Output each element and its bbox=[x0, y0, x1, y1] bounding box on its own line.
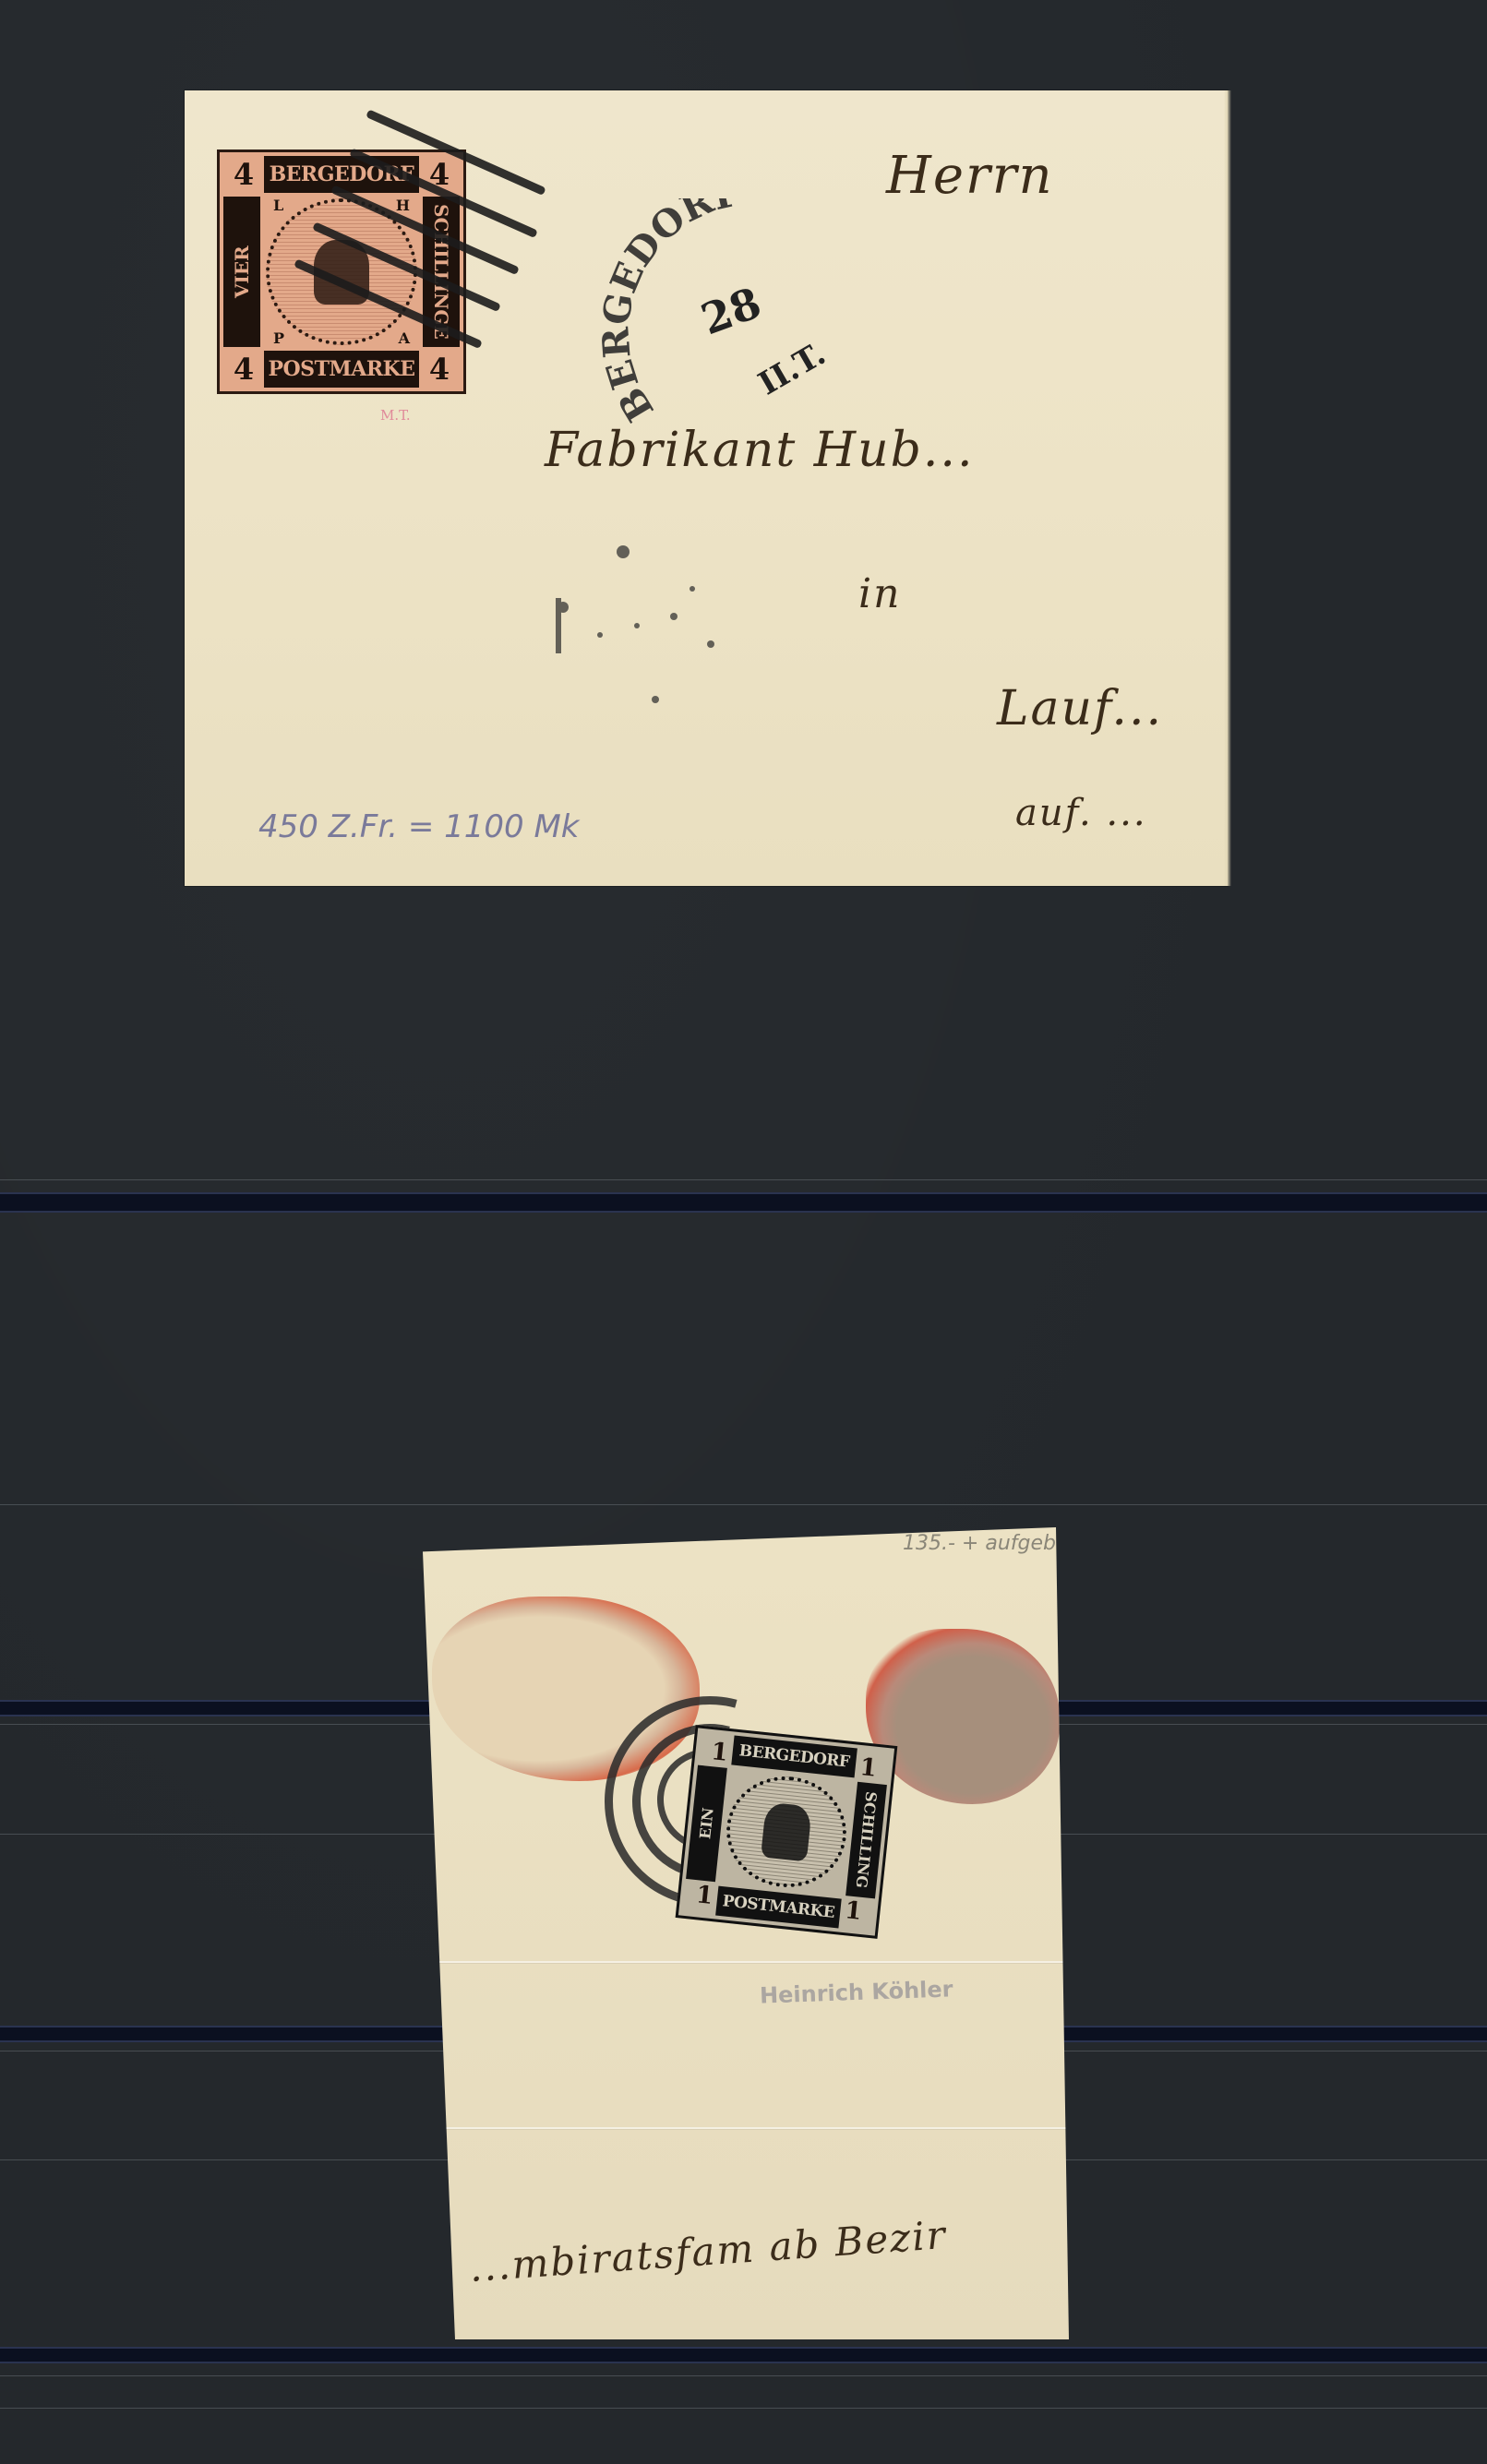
stamp-value: 4 bbox=[421, 351, 458, 388]
stamp-letter: A bbox=[399, 329, 410, 347]
cover-fragment: 135.- + aufgeb. Heinrich Köhler ...mbira… bbox=[423, 1527, 1069, 2339]
address-line-3: in bbox=[858, 570, 901, 617]
stamp-bottom-text: POSTMARKE bbox=[715, 1886, 842, 1929]
address-line-5: auf. ... bbox=[1015, 792, 1147, 834]
smudged-cancel bbox=[545, 533, 766, 718]
strip-band bbox=[0, 2347, 1487, 2363]
strip-edge bbox=[0, 1504, 1487, 1505]
address-line-4: Lauf... bbox=[997, 681, 1163, 736]
paper-fold bbox=[423, 2127, 1069, 2129]
castle-eagle-emblem-icon bbox=[761, 1802, 812, 1862]
strip-edge bbox=[0, 1179, 1487, 1180]
pencil-price-note: 135.- + aufgeb. bbox=[903, 1532, 1062, 1555]
stamp-letter: L bbox=[273, 197, 283, 214]
expert-cachet: Heinrich Köhler bbox=[760, 1976, 953, 2008]
strip-band bbox=[0, 1192, 1487, 1213]
stamp-1-schilling: 1 1 1 1 BERGEDORF POSTMARKE EIN SCHILLIN… bbox=[676, 1725, 898, 1939]
fragment-script: ...mbiratsfam ab Bezir bbox=[468, 2212, 948, 2291]
stamp-value: 4 bbox=[225, 156, 262, 193]
stamp-top-text: BERGEDORF bbox=[731, 1736, 857, 1778]
paper-fold bbox=[423, 1961, 1069, 1963]
stamp-left-text: EIN bbox=[686, 1765, 727, 1883]
address-line-1: Herrn bbox=[886, 146, 1054, 206]
stamp-bottom-text: POSTMARKE bbox=[264, 351, 419, 388]
wax-seal-remnant bbox=[866, 1629, 1060, 1804]
stamp-letter: P bbox=[273, 329, 284, 347]
stamp-right-text: SCHILLING bbox=[845, 1782, 887, 1899]
strip-edge bbox=[0, 2375, 1487, 2376]
red-marking: M.T. bbox=[380, 407, 411, 424]
stamp-value: 4 bbox=[225, 351, 262, 388]
stamp-letter: H bbox=[396, 197, 410, 214]
strip-edge bbox=[0, 2408, 1487, 2409]
pencil-note: 450 Z.Fr. = 1100 Mk bbox=[258, 808, 580, 845]
bergedorf-postmark: BERGEDORF 28 II.T. bbox=[600, 198, 877, 438]
stamp-left-text: VIER bbox=[223, 197, 260, 347]
